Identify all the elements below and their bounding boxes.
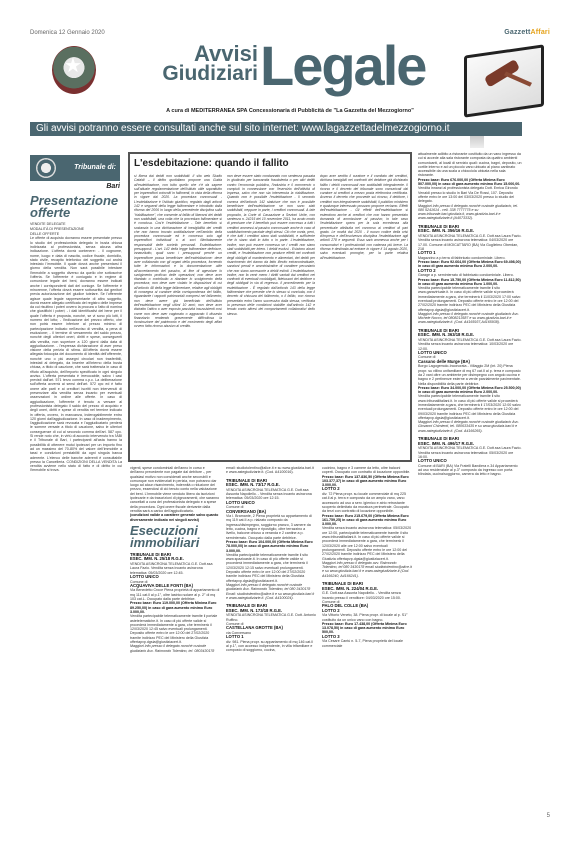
- notice-price: Prezzo base: Euro 17.438,00 (Offerta Min…: [322, 622, 407, 635]
- article-col-2: non deve essere stato condannato con sen…: [227, 174, 315, 460]
- monitor-stand: [470, 136, 484, 148]
- masthead-title: Legale: [260, 38, 425, 94]
- notice-contact: Maggiori info presso il delegato nonché …: [418, 204, 518, 221]
- notice-price: Prezzo base: Euro 104.000,00 (Offerta Mi…: [226, 540, 313, 553]
- title-giudiziari: Giudiziari: [146, 64, 258, 84]
- tribunale-box: Tribunale di:: [30, 155, 120, 181]
- page-number: 5: [547, 813, 550, 819]
- notice-desc: div. 981. Piena propr. su appartamento d…: [226, 640, 316, 653]
- notice-desc: Via Vittorio Veneto, 38. Piena propr. di…: [322, 613, 412, 622]
- conditions-and-notice-1: vigenti, spese condominiali dell'anno in…: [130, 466, 220, 836]
- notices-col-2: email: studiotolentino@alice.it e su www…: [226, 466, 316, 836]
- brand-accent: Affari: [531, 29, 550, 36]
- notices-col-3: cucinino, bagno e 3 camere da letto, olt…: [322, 466, 412, 836]
- notice-contact: Maggiori info presso il delegato nonché …: [226, 583, 314, 600]
- notice-body: G.E. Dott.ssa Assunta Napoliello. - Vend…: [322, 591, 412, 600]
- notice-body: VENDITA ASINCRONA TELEMATICA G.E. Dott.s…: [130, 562, 220, 575]
- section-title-presentazione: Presentazione offerte: [30, 195, 122, 219]
- computer-gavel-icon: [464, 44, 544, 117]
- notice-desc: Via I. Bramante, 2 Piena proprietà su ap…: [226, 514, 316, 540]
- heading-line: VENDITE DELEGATE: [30, 222, 122, 226]
- notice-contact: Maggiori info presso il delegato nonché …: [130, 644, 214, 652]
- notice-body: VENDITA ASINCRONA TELEMATICA G.E. Dott.s…: [226, 488, 316, 501]
- notice-desc: Borgo Lagogemolo-Inconorata - Villaggio …: [418, 364, 522, 385]
- italian-republic-emblem-icon: ★: [52, 46, 96, 94]
- notice-terms: Vendita partecipabile telematicamente tr…: [418, 286, 522, 312]
- notice-terms: Vendita partecipabile telematicamente tr…: [418, 394, 522, 420]
- article-title: L'esdebitazione: quando il fallito: [134, 158, 289, 169]
- notice-terms: Vendita partecipabile telematicamente tr…: [226, 553, 316, 583]
- brand-name: Gazzett: [504, 29, 530, 36]
- section-title-esecuzioni: Esecuzioni immobiliari: [130, 525, 220, 549]
- notice-desc: div. 72 Piena propr. su locale commercia…: [322, 492, 412, 513]
- conditions-text: vigenti, spese condominiali dell'anno in…: [130, 466, 220, 513]
- notice-desc-cont: cucinino, bagno e 3 camere da letto, olt…: [322, 466, 412, 475]
- masthead-subtitle: Avvisi Giudiziari: [146, 44, 258, 84]
- notice-price: Prezzo base: Euro 137.836,50 (Offerta Mi…: [322, 475, 409, 488]
- notice-terms: Vendita innanzi al professionista delega…: [418, 186, 522, 203]
- article-col-3: dopo aver sentito il curatore e il comit…: [320, 174, 408, 460]
- website-banner: Gli avvisi potranno essere consultati an…: [30, 122, 522, 136]
- tribunale-label: Tribunale di:: [74, 164, 116, 171]
- tribunale-city: Bari: [30, 183, 120, 190]
- article-col-1: si libera dai debiti non soddisfatti. Il…: [134, 174, 222, 460]
- notices-col-4: attualmente adibito a ristorante costitu…: [418, 152, 522, 832]
- notice-desc-cont: attualmente adibito a ristorante costitu…: [418, 152, 522, 178]
- notice-contact: Maggiori info presso il delegato nonché …: [418, 312, 519, 325]
- notice-price: Prezzo base: Euro 676.000,00 (Offerta Mi…: [418, 178, 520, 186]
- masthead: ★ Avvisi Giudiziari Legale: [30, 44, 550, 104]
- notice-terms: Vendita senza incanto asincrona telemati…: [322, 526, 412, 560]
- conditions-note: (condizioni valide a carattere generale …: [130, 513, 218, 521]
- notice-contact-cont: email: studiotolentino@alice.it e su www…: [226, 466, 316, 475]
- heading-line: MODALITÀ DI PRESENTAZIONE: [30, 227, 122, 231]
- heading-line: DELLE OFFERTE: [30, 232, 122, 236]
- notice-price: Prezzo base: Euro 215.679,00 (Offerta Mi…: [322, 514, 409, 527]
- feature-article: L'esdebitazione: quando il fallito si li…: [128, 152, 412, 462]
- body-text: Le offerte di acquisto dovranno essere p…: [30, 236, 122, 472]
- notice-desc: Via Cesare Cantù n. 5-7, Piena proprietà…: [322, 639, 412, 648]
- notice-price: Prezzo base: Euro 119.000,00 (Offerta Mi…: [130, 601, 216, 614]
- notice-desc: Via Benedetto Croce Piena proprietà di a…: [130, 588, 220, 601]
- emblem-icon: [36, 158, 56, 178]
- notice-body: VENDITA ASINCRONA TELEMATICA G.E. Dott. …: [226, 613, 316, 622]
- notice-terms: Vendita partecipabile telematicamente tr…: [130, 614, 220, 644]
- presentazione-body: VENDITE DELEGATE MODALITÀ DI PRESENTAZIO…: [30, 222, 122, 822]
- notice-contact: Maggiori info presso il delegato nonché …: [418, 420, 519, 433]
- notice-contact: Maggiori info presso il delegato avv. Ra…: [322, 561, 412, 578]
- notice-price: Prezzo base: Euro 15.750,00 (Offerta Min…: [418, 278, 521, 286]
- issue-date: Domenica 12 Gennaio 2020: [30, 30, 105, 36]
- publisher-line: A cura di MEDITERRANEA SPA Concessionari…: [0, 108, 580, 114]
- notice-body: VENDITA ASINCRONA TELEMATICA G.E. Dott.s…: [418, 338, 522, 351]
- brand-logo: GazzettAffari: [504, 29, 550, 36]
- notice-body: VENDITA ASINCRONA TELEMATICA G.E. Dott.s…: [418, 234, 522, 251]
- notice-price: Prezzo base: Euro 34.000,00 (Offerta Min…: [418, 386, 521, 394]
- notice-desc: Comune di BARI (BA) Via Fratelli Bandier…: [418, 464, 522, 477]
